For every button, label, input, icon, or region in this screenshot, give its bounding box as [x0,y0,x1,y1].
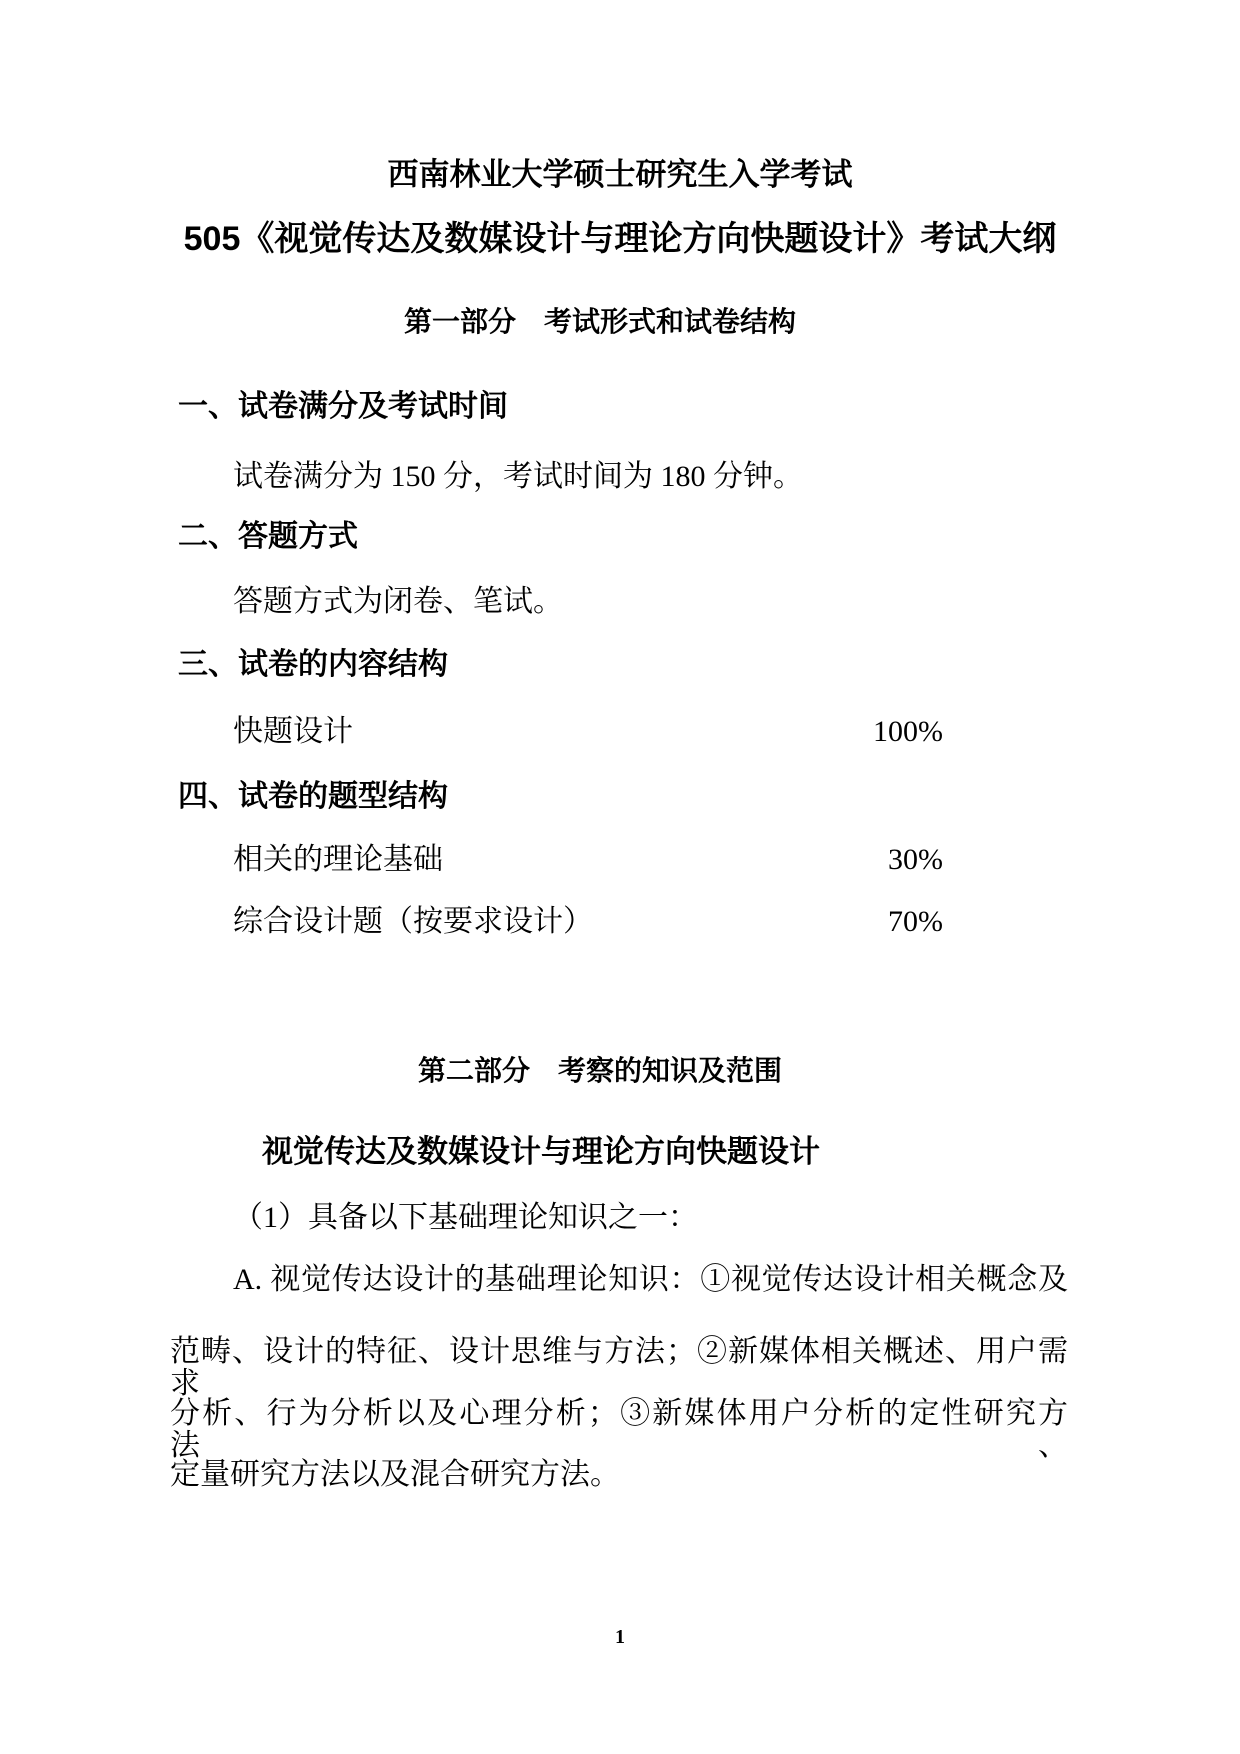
section2-heading: 二、答题方式 [178,521,1068,553]
document-title-line2: 505《视觉传达及数媒设计与理论方向快题设计》考试大纲 [0,222,1240,258]
part2-intro-paragraph: （1）具备以下基础理论知识之一： [233,1202,1068,1234]
part1-heading: 第一部分 考试形式和试卷结构 [0,307,1200,336]
content-structure-percentage: 100% [873,716,943,748]
section4-heading: 四、试卷的题型结构 [178,781,1068,813]
question-type-label-2: 综合设计题（按要求设计） [170,905,593,938]
question-type-percentage-2: 70% [888,906,943,938]
part2-paragraph-a-line2: 范畴、设计的特征、设计思维与方法；②新媒体相关概述、用户需求 [170,1336,1068,1399]
section1-heading: 一、试卷满分及考试时间 [178,391,1068,423]
section3-heading: 三、试卷的内容结构 [178,649,1068,681]
content-structure-label: 快题设计 [170,715,353,748]
document-title-line1: 西南林业大学硕士研究生入学考试 [0,159,1240,192]
part2-paragraph-a-line1: A. 视觉传达设计的基础理论知识：①视觉传达设计相关概念及 [170,1264,1068,1296]
section1-body: 试卷满分为 150 分，考试时间为 180 分钟。 [233,461,1068,493]
question-type-row-1: 相关的理论基础 30% [170,844,1068,876]
part2-paragraph-a-line4: 定量研究方法以及混合研究方法。 [170,1459,1068,1491]
part2-heading: 第二部分 考察的知识及范围 [0,1056,1200,1085]
section2-body: 答题方式为闭卷、笔试。 [233,586,1068,618]
question-type-row-2: 综合设计题（按要求设计） 70% [170,906,1068,938]
part2-paragraph-a-line3: 分析、行为分析以及心理分析；③新媒体用户分析的定性研究方法、 [170,1398,1068,1461]
part2-subtitle: 视觉传达及数媒设计与理论方向快题设计 [262,1136,1068,1169]
content-structure-row: 快题设计 100% [170,716,1068,748]
page-number: 1 [0,1627,1240,1648]
question-type-label-1: 相关的理论基础 [170,843,443,876]
document-page: 西南林业大学硕士研究生入学考试 505《视觉传达及数媒设计与理论方向快题设计》考… [0,0,1240,1754]
question-type-percentage-1: 30% [888,844,943,876]
